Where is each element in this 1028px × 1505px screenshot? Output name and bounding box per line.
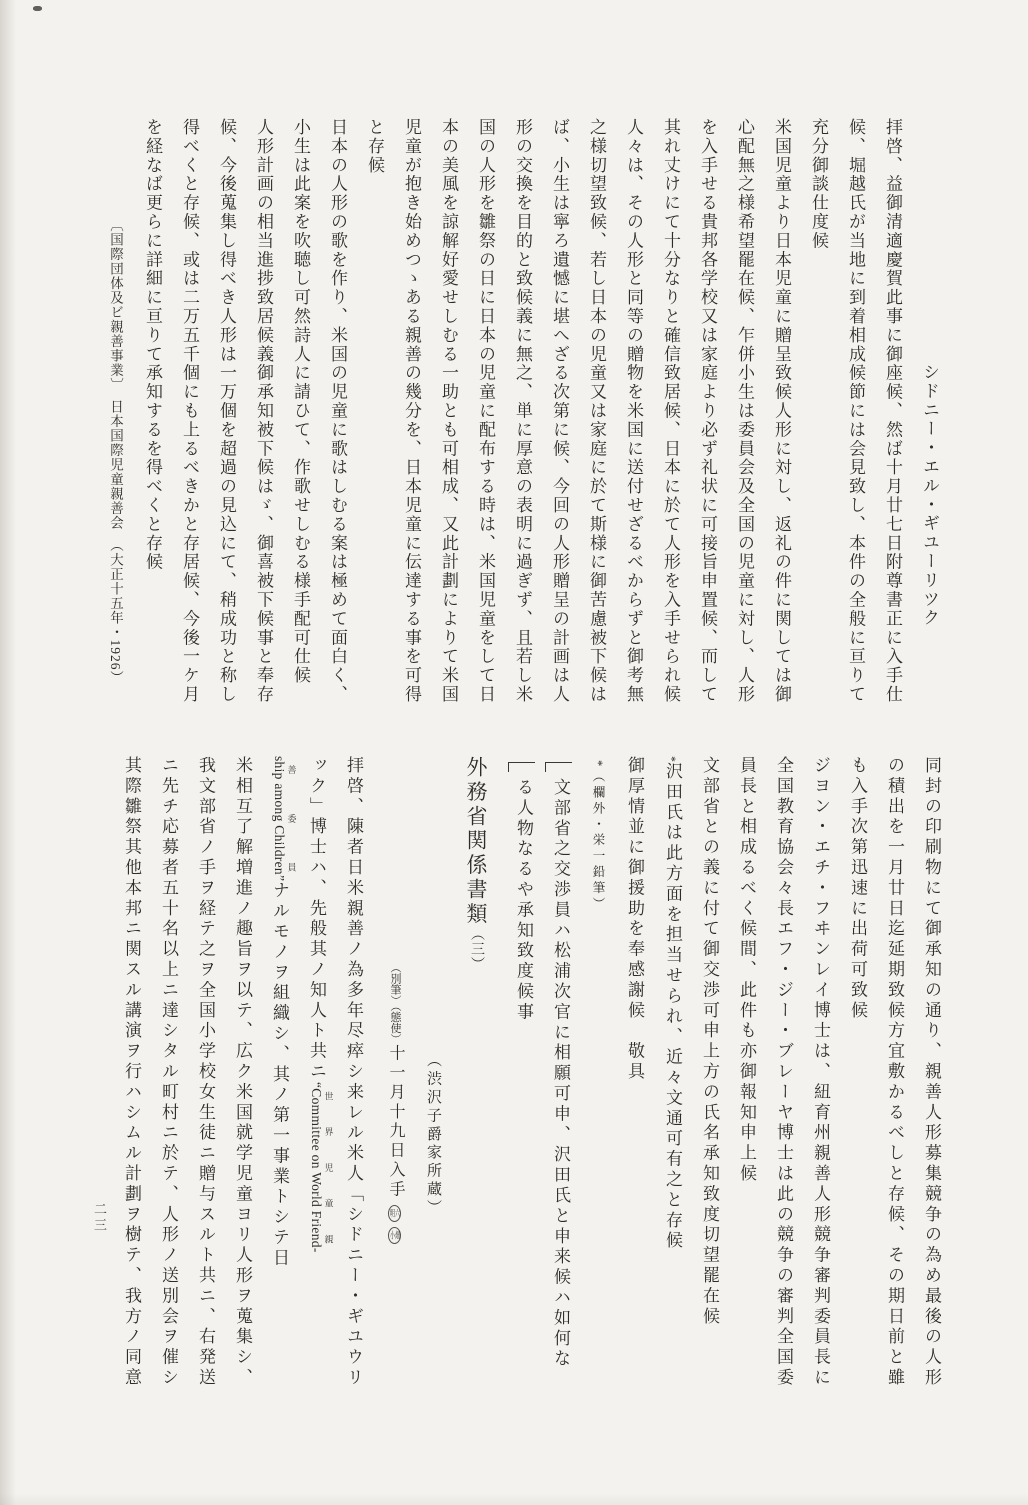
text-column: 充分御談仕度候	[800, 118, 837, 718]
collection-source: （渋沢子爵家所蔵）	[414, 756, 451, 1408]
gloss-text: 世界児童親	[324, 1082, 334, 1253]
text-column: 同封の印刷物にて御承知の通り、親善人形募集競争の為め最後の人形	[913, 756, 950, 1408]
text-column: を入手せる貴邦各学校又は家庭より必ず礼状に可接旨申置候、而して	[689, 118, 726, 718]
text-column: 其れ丈けにて十分なりと確信致居候、日本に於て人形を入手せられ候	[652, 118, 689, 718]
text-column: 我文部省ノ手ヲ経テ之ヲ全国小学校女生徒ニ贈与スルト共ニ、右発送	[187, 756, 224, 1408]
text-column: の積出を一月廿日迄延期致候方宜敷かるべしと存候、その期日前と雖	[876, 756, 913, 1408]
japanese-text: ック」博士ハ、先般其ノ知人ト共ニ	[307, 756, 326, 1082]
text-column: ジヨン・エチ・フヰンレイ博士は、紐育州親善人形競争審判委員長に	[802, 756, 839, 1408]
english-with-gloss: ship among Children”善委員	[270, 756, 289, 881]
scan-artifact	[33, 6, 42, 11]
text-column: 得べくと存候、或は二万五千個にも上るべきかと存居候、今後一ケ月	[171, 118, 208, 718]
scanned-book-page: シドニー・エル・ギユーリツク 拝啓、益御清適慶賀此事に御座候、然ば十月廿七日附尊…	[0, 0, 1028, 1505]
text-column: 候、堀越氏が当地に到着相成候節には会見致し、本件の全般に亘りて	[837, 118, 874, 718]
english-text: ship among Children”	[272, 756, 287, 881]
text-column: 文部省との義に付て御交渉可申上方の氏名承知致度切望罷在候	[691, 756, 728, 1408]
receipt-stamp: 明六	[388, 1205, 401, 1222]
english-with-gloss: “Committee on World Friend-世界児童親	[307, 1082, 326, 1253]
gulick-letter-section: シドニー・エル・ギユーリツク 拝啓、益御清適慶賀此事に御座候、然ば十月廿七日附尊…	[97, 118, 948, 718]
letter-sender-name: シドニー・エル・ギユーリツク	[911, 118, 948, 718]
text-column: 心配無之様希望罷在候、乍併小生は委員会及全国の児童に対し、人形	[726, 118, 763, 718]
text-column: 之様切望致候、若し日本の児童又は家庭に於て斯様に御苦慮被下候は	[578, 118, 615, 718]
starred-text: 沢田氏は此方面を担当せられ、近々文通可有之と存候	[663, 762, 682, 1252]
text-column: 員長と相成るべく候間、此件も亦御報知申上候	[728, 756, 765, 1408]
text-column: 日本の人形の歌を作り、米国の児童に歌はしむる案は極めて面白く、	[319, 118, 356, 718]
text-column: 児童が抱き始めつゝある親善の幾分を、日本児童に伝達する事を可得	[393, 118, 430, 718]
section-title: 外務省関係書類（三）	[457, 756, 495, 1408]
hand-note: （態使）	[389, 1006, 401, 1045]
text-column: も入手次第迅速に出荷可致候	[839, 756, 876, 1408]
starred-text-column: *沢田氏は此方面を担当せられ、近々文通可有之と存候	[653, 756, 691, 1408]
gloss-text: 善委員	[287, 756, 297, 881]
text-column-with-english: ック」博士ハ、先般其ノ知人ト共ニ“Committee on World Frie…	[298, 756, 335, 1408]
text-column: 国の人形を雛祭の日に日本の児童に配布する時は、米国児童をして日	[467, 118, 504, 718]
text-column: 小生は此案を吹聴し可然詩人に請ひて、作歌せしむる様手配可仕候	[282, 118, 319, 718]
text-column: を経なば更らに詳細に亘りて承知するを得べくと存候	[134, 118, 171, 718]
text-column: ば、小生は寧ろ遺憾に堪へざる次第に候、今回の人形贈呈の計画は人	[541, 118, 578, 718]
text-column: 本の美風を諒解好愛せしむる一助とも可相成、又此計劃によりて米国	[430, 118, 467, 718]
page-number: 二三	[90, 1202, 109, 1234]
text-column: 人々は、その人形と同等の贈物を米国に送付せざるべからずと御考無	[615, 118, 652, 718]
text-column: 米相互了解増進ノ趣旨ヲ以テ、広ク米国就学児童ヨリ人形ヲ蒐集シ、	[224, 756, 261, 1408]
section-volume: （三）	[469, 927, 484, 972]
section-title-text: 外務省関係書類	[464, 756, 488, 927]
margin-note-column: る人物なるや承知致度候事	[505, 756, 542, 1408]
text-column: 全国教育協会々長エフ・ジー・ブレーヤ博士は此の競争の審判全国委	[765, 756, 802, 1408]
english-text: “Committee on World Friend-	[309, 1082, 324, 1253]
japanese-text: ナルモノヲ組織シ、其ノ第一事業トシテ日	[270, 881, 289, 1269]
margin-note-column: 文部省之交渉員ハ松浦次官に相願可申、沢田氏と申来候ハ如何な	[542, 756, 579, 1408]
letter-closing-column: 御厚情並に御援助を奉感謝候 敬具	[616, 756, 653, 1408]
text-column: と存候	[356, 118, 393, 718]
receipt-stamp: 小畑	[388, 1227, 401, 1244]
text-column: 米国児童より日本児童に贈呈致候人形に対し、返礼の件に関しては御	[763, 118, 800, 718]
text-column: 其際雛祭其他本邦ニ関スル講演ヲ行ハシムル計劃ヲ樹テ、我方ノ同意	[113, 756, 150, 1408]
text-column: 拝啓、益御清適慶賀此事に御座候、然ば十月廿七日附尊書正に入手仕	[874, 118, 911, 718]
text-column-with-english: ship among Children”善委員ナルモノヲ組織シ、其ノ第一事業トシ…	[261, 756, 298, 1408]
text-column: 人形計画の相当進捗致居候義御承知被下候はゞ、御喜被下候事と奉存	[245, 118, 282, 718]
receipt-annotation-column: （別筆）（態使）十一月十九日入手明六小畑	[376, 756, 414, 1408]
text-column: 形の交換を目的と致候義に無之、単に厚意の表明に過ぎず、且若し米	[504, 118, 541, 718]
foreign-ministry-documents-section: 同封の印刷物にて御承知の通り、親善人形募集競争の為め最後の人形 の積出を一月廿日…	[113, 756, 950, 1408]
source-citation: 〔国際団体及ビ親善事業〕 日本国際児童親善会 （大正十五年・1926）	[97, 118, 134, 718]
text-column: 拝啓、陳者日米親善ノ為多年尽瘁シ来レル米人「シドニー・ギユウリ	[335, 756, 372, 1408]
hand-note: （別筆）	[389, 962, 401, 1006]
receipt-date: 十一月十九日入手	[387, 1045, 404, 1200]
text-column: 候、今後蒐集し得べき人形は一万個を超過の見込にて、稍成功と称し	[208, 118, 245, 718]
margin-note-label: *（欄外・栄一鉛筆）	[579, 756, 616, 1408]
text-column: ニ先チ応募者五十名以上ニ達シタル町村ニ於テ、人形ノ送別会ヲ催シ	[150, 756, 187, 1408]
